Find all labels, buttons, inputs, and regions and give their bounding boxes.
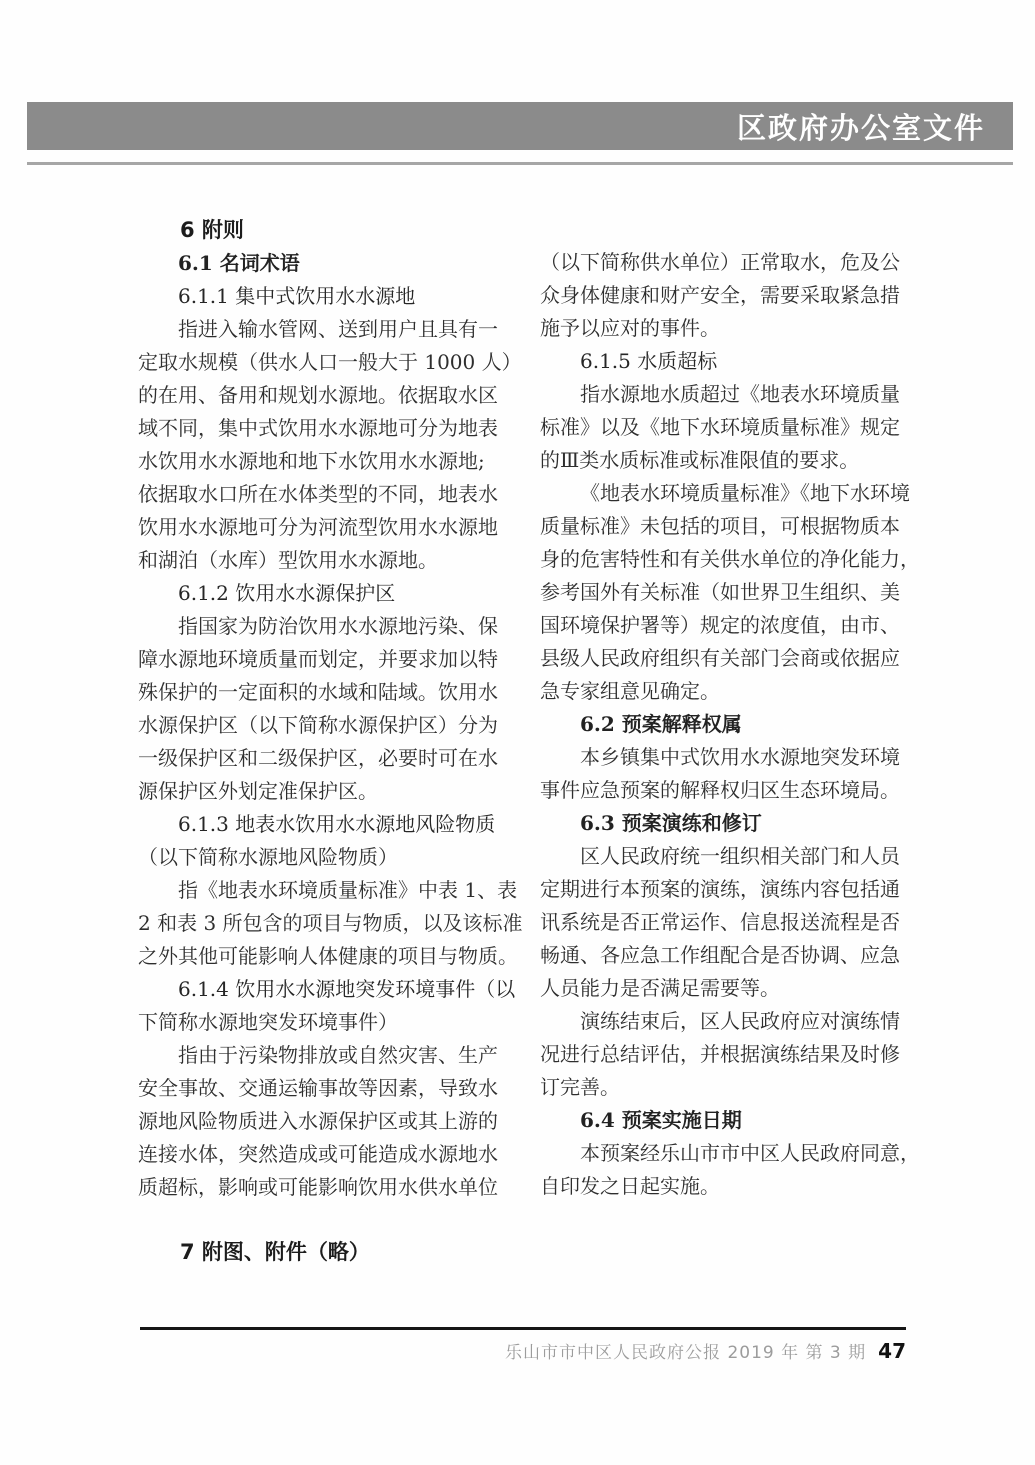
text-line: 6.3 预案演练和修订 [540, 807, 924, 840]
text-line: 施予以应对的事件。 [540, 312, 924, 345]
section-7-heading: 7 附图、附件（略） [138, 1236, 558, 1269]
text-line: 质超标，影响或可能影响饮用水供水单位 [138, 1171, 522, 1204]
text-line: 水源保护区（以下简称水源保护区）分为 [138, 709, 522, 742]
text-line: 域不同，集中式饮用水水源地可分为地表 [138, 412, 522, 445]
text-line: 本预案经乐山市市中区人民政府同意， [540, 1137, 924, 1170]
text-line: 区人民政府统一组织相关部门和人员 [540, 840, 924, 873]
text-line: 水饮用水水源地和地下水饮用水水源地; [138, 445, 522, 478]
text-line: 县级人民政府组织有关部门会商或依据应 [540, 642, 924, 675]
text-line: 定期进行本预案的演练，演练内容包括通 [540, 873, 924, 906]
text-line: 下简称水源地突发环境事件） [138, 1006, 522, 1039]
text-line: 质量标准》未包括的项目，可根据物质本 [540, 510, 924, 543]
footer-rule [140, 1327, 906, 1330]
text-line: 6.1 名词术语 [138, 247, 522, 280]
text-line: 2 和表 3 所包含的项目与物质，以及该标准 [138, 907, 522, 940]
text-line: 本乡镇集中式饮用水水源地突发环境 [540, 741, 924, 774]
text-line: 源地风险物质进入水源保护区或其上游的 [138, 1105, 522, 1138]
header-rule [27, 162, 1013, 165]
text-line: 6.1.4 饮用水水源地突发环境事件（以 [138, 973, 522, 1006]
text-line: 之外其他可能影响人体健康的项目与物质。 [138, 940, 522, 973]
text-line: 指《地表水环境质量标准》中表 1、表 [138, 874, 522, 907]
text-line: 《地表水环境质量标准》《地下水环境 [540, 477, 924, 510]
right-column: （以下简称供水单位）正常取水，危及公众身体健康和财产安全，需要采取紧急措施予以应… [540, 246, 924, 1203]
text-line: 标准》以及《地下水环境质量标准》规定 [540, 411, 924, 444]
text-line: 畅通、各应急工作组配合是否协调、应急 [540, 939, 924, 972]
text-line: 6 附则 [138, 214, 522, 247]
text-line: 指水源地水质超过《地表水环境质量 [540, 378, 924, 411]
text-line: 6.4 预案实施日期 [540, 1104, 924, 1137]
text-line: 6.1.1 集中式饮用水水源地 [138, 280, 522, 313]
left-column: 6 附则6.1 名词术语6.1.1 集中式饮用水水源地指进入输水管网、送到用户且… [138, 214, 522, 1204]
text-line: 障水源地环境质量而划定，并要求加以特 [138, 643, 522, 676]
text-line: 众身体健康和财产安全，需要采取紧急措 [540, 279, 924, 312]
text-line: 殊保护的一定面积的水域和陆域。饮用水 [138, 676, 522, 709]
text-line: 订完善。 [540, 1071, 924, 1104]
text-line: 饮用水水源地可分为河流型饮用水水源地 [138, 511, 522, 544]
header-banner-title: 区政府办公室文件 [737, 106, 985, 147]
text-line: （以下简称水源地风险物质） [138, 841, 522, 874]
text-line: （以下简称供水单位）正常取水，危及公 [540, 246, 924, 279]
text-line: 自印发之日起实施。 [540, 1170, 924, 1203]
document-page: 区政府办公室文件 6 附则6.1 名词术语6.1.1 集中式饮用水水源地指进入输… [0, 0, 1035, 1465]
text-line: 连接水体，突然造成或可能造成水源地水 [138, 1138, 522, 1171]
text-line: 6.1.2 饮用水水源保护区 [138, 577, 522, 610]
text-line: 6.1.5 水质超标 [540, 345, 924, 378]
footer: 乐山市市中区人民政府公报 2019 年 第 3 期47 [140, 1338, 906, 1363]
footer-journal-title: 乐山市市中区人民政府公报 2019 年 第 3 期 [505, 1343, 866, 1363]
text-line: 指进入输水管网、送到用户且具有一 [138, 313, 522, 346]
text-line: 讯系统是否正常运作、信息报送流程是否 [540, 906, 924, 939]
text-line: 事件应急预案的解释权归区生态环境局。 [540, 774, 924, 807]
text-line: 的在用、备用和规划水源地。依据取水区 [138, 379, 522, 412]
text-line: 源保护区外划定准保护区。 [138, 775, 522, 808]
text-line: 指由于污染物排放或自然灾害、生产 [138, 1039, 522, 1072]
text-line: 身的危害特性和有关供水单位的净化能力， [540, 543, 924, 576]
text-line: 安全事故、交通运输事故等因素，导致水 [138, 1072, 522, 1105]
text-line: 况进行总结评估，并根据演练结果及时修 [540, 1038, 924, 1071]
footer-page-number: 47 [878, 1339, 906, 1363]
text-line: 演练结束后，区人民政府应对演练情 [540, 1005, 924, 1038]
text-line: 的Ⅲ类水质标准或标准限值的要求。 [540, 444, 924, 477]
text-line: 定取水规模（供水人口一般大于 1000 人） [138, 346, 522, 379]
text-line: 依据取水口所在水体类型的不同，地表水 [138, 478, 522, 511]
text-line: 6.1.3 地表水饮用水水源地风险物质 [138, 808, 522, 841]
text-line: 急专家组意见确定。 [540, 675, 924, 708]
text-line: 国环境保护署等）规定的浓度值，由市、 [540, 609, 924, 642]
text-line: 一级保护区和二级保护区，必要时可在水 [138, 742, 522, 775]
text-line: 指国家为防治饮用水水源地污染、保 [138, 610, 522, 643]
header-banner: 区政府办公室文件 [27, 102, 1013, 150]
text-line: 参考国外有关标准（如世界卫生组织、美 [540, 576, 924, 609]
text-line: 人员能力是否满足需要等。 [540, 972, 924, 1005]
text-line: 和湖泊（水库）型饮用水水源地。 [138, 544, 522, 577]
text-line: 6.2 预案解释权属 [540, 708, 924, 741]
